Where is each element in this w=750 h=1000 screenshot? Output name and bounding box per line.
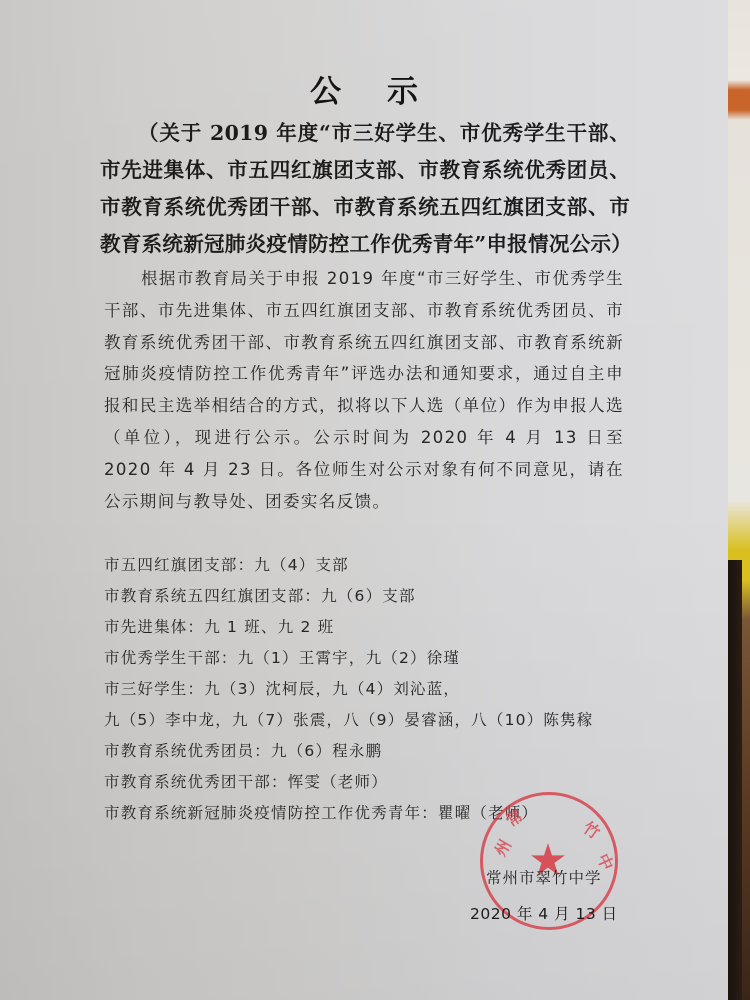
document-title: 公示 bbox=[0, 66, 728, 111]
signing-date: 2020 年 4 月 13 日 bbox=[470, 902, 618, 924]
nominee-list: 市五四红旗团支部：九（4）支部 市教育系统五四红旗团支部：九（6）支部 市先进集… bbox=[104, 550, 644, 829]
background-shadow bbox=[728, 560, 742, 1000]
list-item: 市教育系统五四红旗团支部：九（6）支部 bbox=[104, 581, 644, 612]
body-paragraph: 根据市教育局关于申报 2019 年度“市三好学生、市优秀学生干部、市先进集体、市… bbox=[104, 263, 624, 517]
list-item: 市五四红旗团支部：九（4）支部 bbox=[104, 550, 644, 581]
list-item: 市优秀学生干部：九（1）王霄宇，九（2）徐瑾 bbox=[104, 643, 644, 674]
list-item: 市先进集体：九 1 班、九 2 班 bbox=[104, 612, 644, 643]
list-item: 市教育系统优秀团员：九（6）程永鹏 bbox=[104, 736, 644, 767]
list-item: 九（5）李中龙，九（7）张震，八（9）晏睿涵，八（10）陈隽稼 bbox=[104, 705, 644, 736]
document-subtitle: （关于 2019 年度“市三好学生、市优秀学生干部、市先进集体、市五四红旗团支部… bbox=[100, 115, 630, 263]
list-item: 市三好学生：九（3）沈柯辰，九（4）刘沁蓝， bbox=[104, 674, 644, 705]
signer-name: 常州市翠竹中学 bbox=[486, 866, 602, 888]
